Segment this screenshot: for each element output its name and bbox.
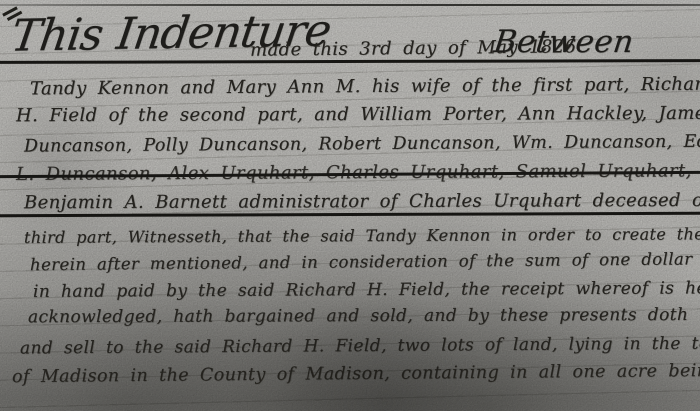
between-script: Between bbox=[492, 24, 636, 60]
manuscript-line: in hand paid by the said Richard H. Fiel… bbox=[33, 278, 700, 302]
manuscript-line: Duncanson, Polly Duncanson, Robert Dunca… bbox=[24, 131, 700, 156]
manuscript-line: H. Field of the second part, and William… bbox=[16, 103, 700, 126]
manuscript-line-underlined: Benjamin A. Barnett administrator of Cha… bbox=[24, 190, 700, 214]
manuscript-line: herein after mentioned, and in considera… bbox=[30, 249, 700, 274]
manuscript-line: Tandy Kennon and Mary Ann M. his wife of… bbox=[30, 74, 700, 100]
manuscript-line: and sell to the said Richard H. Field, t… bbox=[20, 334, 700, 359]
top-ruled-line bbox=[0, 4, 700, 6]
document-scan: This Indenture made this 3rd day of May … bbox=[0, 0, 700, 411]
manuscript-line: acknowledged, hath bargained and sold, a… bbox=[28, 305, 700, 328]
manuscript-line: third part, Witnesseth, that the said Ta… bbox=[24, 224, 700, 247]
manuscript-line-struck: L. Duncanson, Alex Urquhart, Charles Urq… bbox=[16, 160, 700, 185]
manuscript-line: of Madison in the County of Madison, con… bbox=[12, 361, 700, 387]
